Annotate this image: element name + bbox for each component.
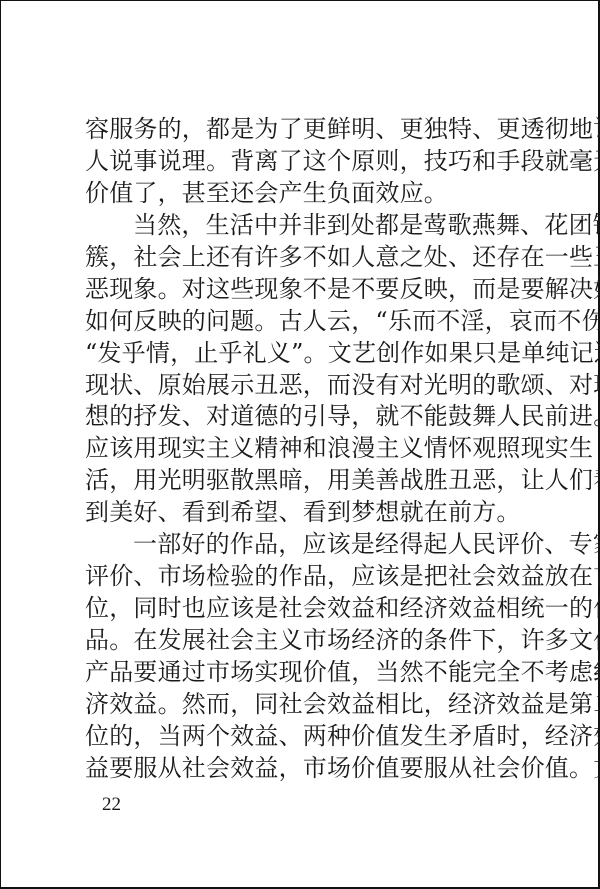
text-line: 簇，社会上还有许多不如人意之处、还存在一些丑 xyxy=(85,242,525,274)
text-line: 评价、市场检验的作品，应该是把社会效益放在首 xyxy=(85,561,525,593)
text-line: 位的，当两个效益、两种价值发生矛盾时，经济效 xyxy=(85,721,525,753)
text-line: 位，同时也应该是社会效益和经济效益相统一的作 xyxy=(85,593,525,625)
text-line: 益要服从社会效益，市场价值要服从社会价值。文 xyxy=(85,753,525,785)
text-line: 容服务的，都是为了更鲜明、更独特、更透彻地说 xyxy=(85,114,525,146)
text-line: 价值了，甚至还会产生负面效应。 xyxy=(85,178,525,210)
text-line: 产品要通过市场实现价值，当然不能完全不考虑经 xyxy=(85,657,525,689)
text-line: 应该用现实主义精神和浪漫主义情怀观照现实生 xyxy=(85,433,525,465)
text-line: 想的抒发、对道德的引导，就不能鼓舞人民前进。 xyxy=(85,401,525,433)
text-line: 人说事说理。背离了这个原则，技巧和手段就毫无 xyxy=(85,146,525,178)
page-number: 22 xyxy=(102,794,121,816)
text-line: 品。在发展社会主义市场经济的条件下，许多文化 xyxy=(85,625,525,657)
text-line: 一部好的作品，应该是经得起人民评价、专家 xyxy=(85,529,525,561)
body-text: 容服务的，都是为了更鲜明、更独特、更透彻地说 人说事说理。背离了这个原则，技巧和… xyxy=(85,114,525,785)
text-line: 现状、原始展示丑恶，而没有对光明的歌颂、对理 xyxy=(85,370,525,402)
book-page: 容服务的，都是为了更鲜明、更独特、更透彻地说 人说事说理。背离了这个原则，技巧和… xyxy=(0,0,600,889)
text-line: 如何反映的问题。古人云，“乐而不淫，哀而不伤”， xyxy=(85,306,525,338)
text-line: “发乎情，止乎礼义”。文艺创作如果只是单纯记述 xyxy=(85,338,525,370)
text-line: 恶现象。对这些现象不是不要反映，而是要解决好 xyxy=(85,274,525,306)
text-line: 到美好、看到希望、看到梦想就在前方。 xyxy=(85,497,525,529)
text-line: 济效益。然而，同社会效益相比，经济效益是第二 xyxy=(85,689,525,721)
text-line: 活，用光明驱散黑暗，用美善战胜丑恶，让人们看 xyxy=(85,465,525,497)
text-line: 当然，生活中并非到处都是莺歌燕舞、花团锦 xyxy=(85,210,525,242)
